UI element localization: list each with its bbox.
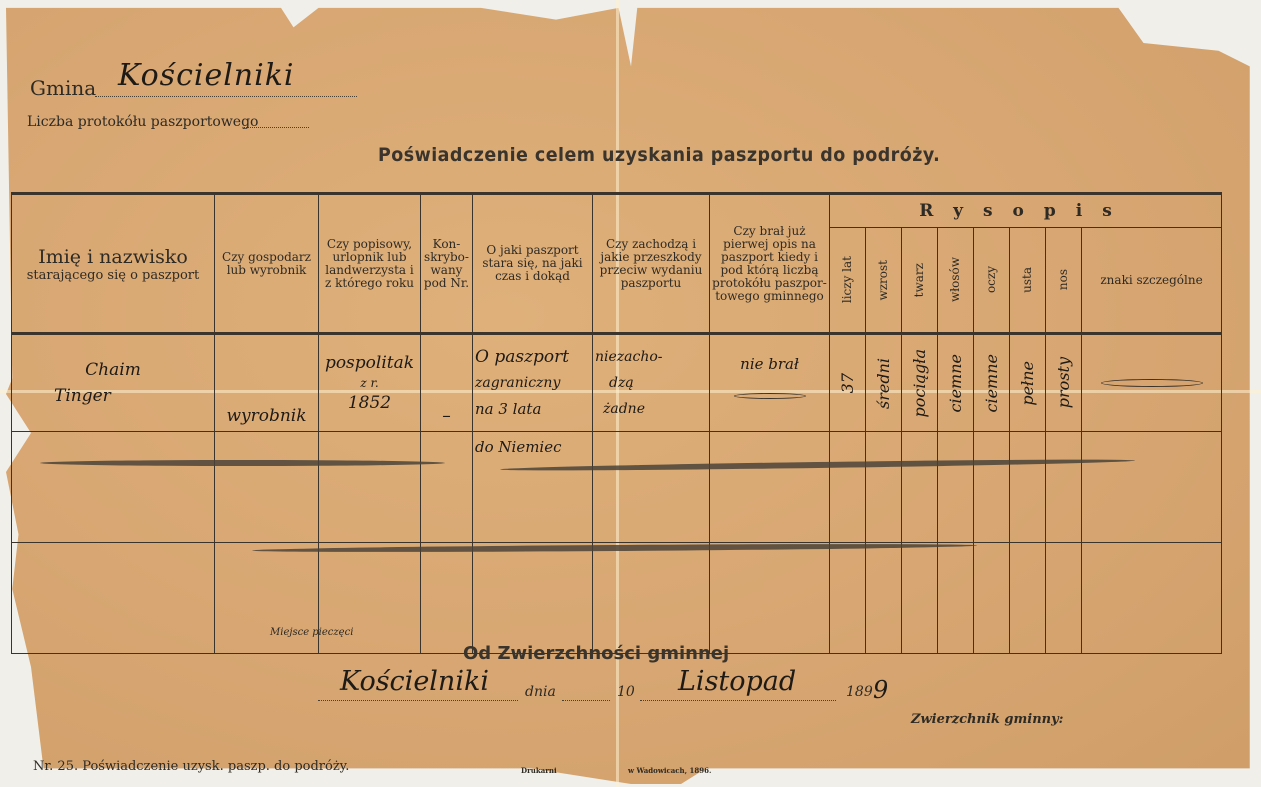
month-dotted-line (640, 700, 836, 701)
cell-mouth: pełne (1010, 334, 1046, 432)
header-name: Imię i nazwisko starającego się o paszpo… (12, 194, 215, 334)
day-dotted-line (562, 700, 610, 701)
year-prefix: 189 (846, 684, 873, 700)
year-suffix: 9 (873, 676, 888, 704)
header-eyes: oczy (974, 228, 1010, 334)
header-marks: znaki szczególne (1082, 228, 1222, 334)
cell-face: pociągła (902, 334, 938, 432)
header-height: wzrost (866, 228, 902, 334)
day-value: 10 (617, 684, 635, 700)
place-dotted-line (318, 700, 518, 701)
header-conscript: Kon-skrybo-wany pod Nr. (421, 194, 473, 334)
cell-conscript: – (421, 334, 473, 432)
cell-hair: ciemne (938, 334, 974, 432)
table-row (12, 543, 1222, 654)
header-passport-type: O jaki paszport stara się, na jaki czas … (473, 194, 593, 334)
gmina-label: Gmina (30, 76, 96, 100)
cell-nose: prosty (1046, 334, 1082, 432)
date-label: dnia (525, 684, 556, 700)
header-farmer: Czy gospodarz lub wyrobnik (215, 194, 319, 334)
strike-through-stroke (40, 460, 445, 466)
cell-previous: nie brał (710, 334, 830, 432)
header-rysopis: Rysopis (830, 194, 1222, 228)
passport-form-table: Imię i nazwisko starającego się o paszpo… (11, 192, 1222, 654)
place-value: Kościelniki (340, 666, 489, 697)
header-hair: włosów (938, 228, 974, 334)
header-previous: Czy brał już pierwej opis na paszport ki… (710, 194, 830, 334)
cell-eyes: ciemne (974, 334, 1010, 432)
signer-label: Zwierzchnik gminny: (911, 712, 1063, 727)
cell-marks (1082, 334, 1222, 432)
cell-name: Chaim Tinger (12, 334, 215, 432)
dash-stroke (734, 393, 806, 399)
gmina-value: Kościelniki (118, 58, 295, 93)
protocol-number-label: Liczba protokółu paszportowego (27, 114, 258, 130)
header-age: liczy lat (830, 228, 866, 334)
cell-height: średni (866, 334, 902, 432)
header-mouth: usta (1010, 228, 1046, 334)
stamp-place-label: Miejsce pieczęci (270, 627, 353, 638)
dash-stroke (1101, 379, 1203, 387)
cell-farmer: wyrobnik (215, 334, 319, 432)
cell-age: 37 (830, 334, 866, 432)
cell-passport-type: O paszport zagraniczny na 3 lata (473, 334, 593, 432)
table-row: do Niemiec (12, 432, 1222, 543)
authority-heading: Od Zwierzchności gminnej (463, 643, 729, 664)
header-military: Czy popisowy, urlopnik lub landwerzysta … (319, 194, 421, 334)
header-face: twarz (902, 228, 938, 334)
header-nose: nos (1046, 228, 1082, 334)
cell-obstacles: niezacho- dzą żadne (593, 334, 710, 432)
month-value: Listopad (678, 666, 796, 697)
document-title: Poświadczenie celem uzyskania paszportu … (378, 144, 940, 166)
printer-left: Drukarni (521, 766, 557, 775)
form-number: Nr. 25. Poświadczenie uzysk. paszp. do p… (33, 759, 349, 774)
gmina-dotted-line (95, 96, 357, 97)
cell-military: pospolitak z r. 1852 (319, 334, 421, 432)
table-row: Chaim Tinger wyrobnik pospolitak z r. 18… (12, 334, 1222, 432)
printer-right: w Wadowicach, 1896. (628, 766, 711, 775)
header-obstacles: Czy zachodzą i jakie przeszkody przeciw … (593, 194, 710, 334)
protocol-number-dotted-line (244, 127, 309, 128)
